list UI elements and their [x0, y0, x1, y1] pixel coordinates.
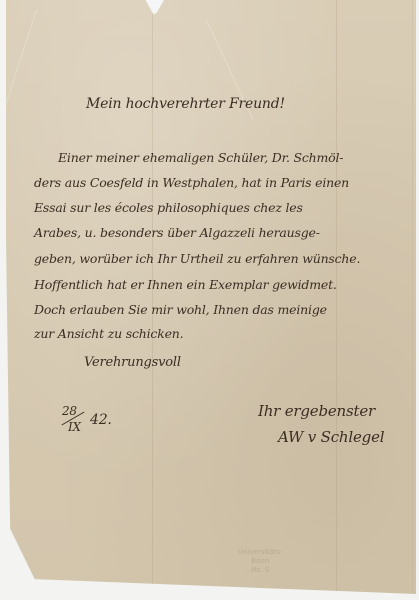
- date-month: IX: [68, 420, 81, 434]
- date-year: 42.: [90, 412, 112, 428]
- letter-body-line: zur Ansicht zu schicken.: [34, 326, 183, 341]
- stamp-line: Bonn: [238, 557, 282, 566]
- archive-stamp: Universitäts- Bonn Ms. S: [238, 548, 282, 575]
- fold-crease: [152, 0, 153, 594]
- signature-valediction: Ihr ergebenster: [258, 402, 375, 420]
- letter-body-line: ders aus Coesfeld in Westphalen, hat in …: [34, 175, 349, 190]
- signature-name: AW v Schlegel: [278, 428, 384, 446]
- letter-body-line: Einer meiner ehemaligen Schüler, Dr. Sch…: [58, 150, 343, 165]
- letter-body-line: Doch erlauben Sie mir wohl, Ihnen das me…: [34, 302, 327, 317]
- letter-body-line: Essai sur les écoles philosophiques chez…: [34, 200, 303, 215]
- fold-crease: [336, 0, 337, 594]
- letter-body-line: Hoffentlich hat er Ihnen ein Exemplar ge…: [34, 277, 337, 292]
- stamp-line: Universitäts-: [238, 548, 282, 557]
- letter-closing: Verehrungsvoll: [84, 355, 181, 370]
- letter-sheet: Mein hochverehrter Freund! Einer meiner …: [6, 0, 416, 594]
- letter-salutation: Mein hochverehrter Freund!: [86, 96, 285, 112]
- fold-crease: [412, 0, 413, 594]
- wrinkle: [0, 10, 37, 134]
- stamp-line: Ms. S: [238, 566, 282, 575]
- letter-body-line: Arabes, u. besonders über Algazzeli hera…: [34, 225, 320, 240]
- letter-body-line: geben, worüber ich Ihr Urtheil zu erfahr…: [34, 251, 360, 266]
- scan-background: Mein hochverehrter Freund! Einer meiner …: [0, 0, 419, 600]
